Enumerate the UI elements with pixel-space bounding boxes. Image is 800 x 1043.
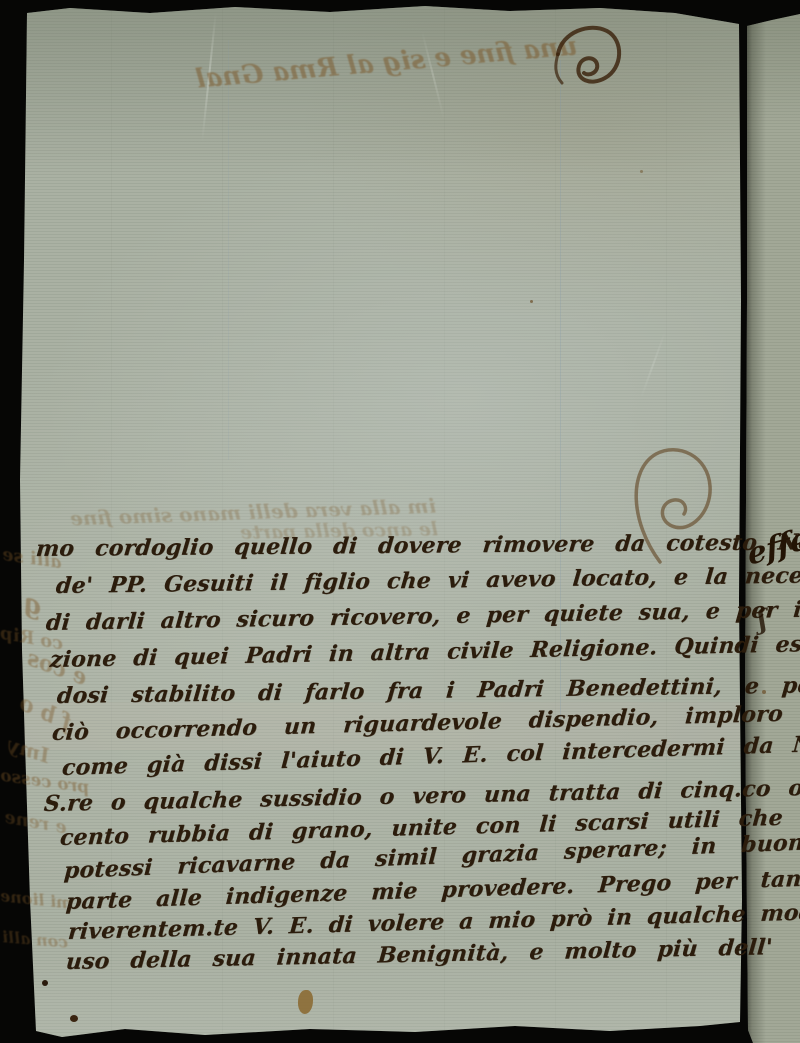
manuscript-scan: una fine e sig al Rma Gnal im alla vera … [0, 0, 800, 1043]
speck [530, 300, 533, 303]
speck [762, 690, 766, 694]
speck [640, 170, 643, 173]
show-through-flourish [550, 20, 630, 100]
chain-line [228, 40, 229, 460]
ink-dot [42, 980, 48, 986]
ink-dot [70, 1015, 78, 1022]
